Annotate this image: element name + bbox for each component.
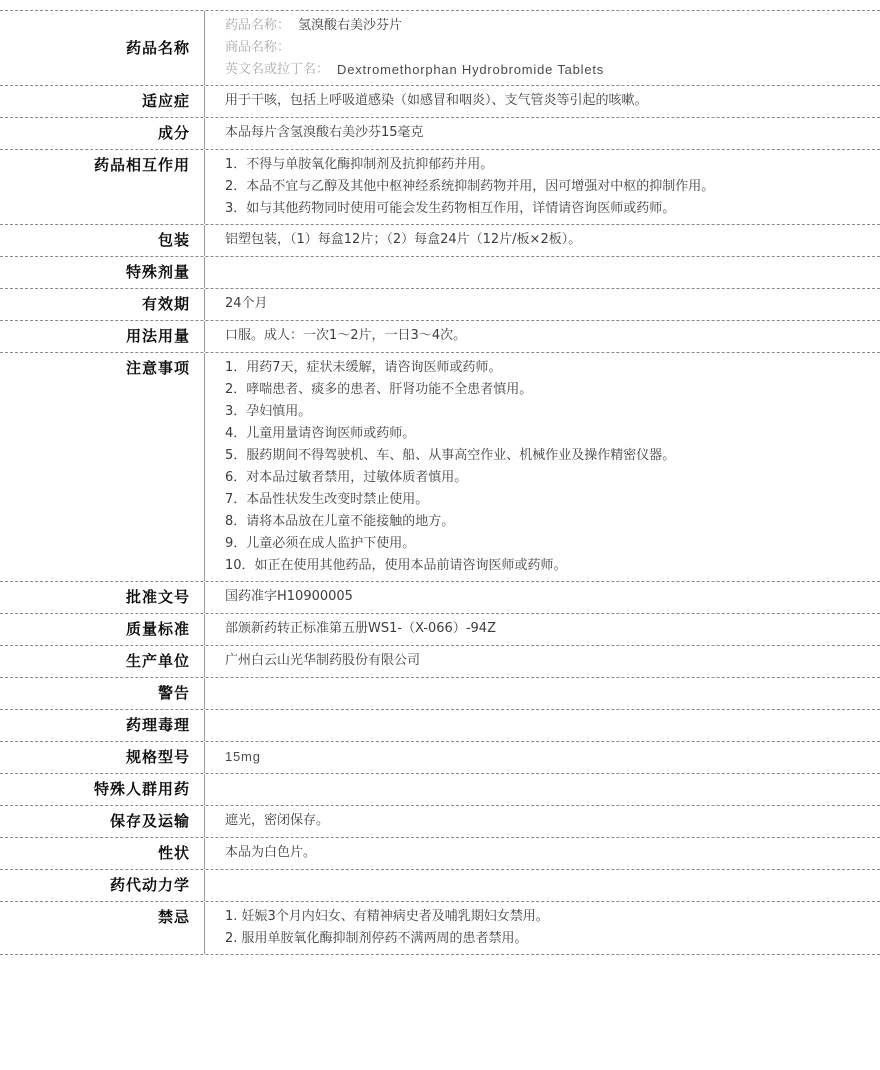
row-label: 注意事项 [0, 353, 205, 581]
row-value: 1. 妊娠3个月内妇女、有精神病史者及哺乳期妇女禁用。2. 服用单胺氧化酶抑制剂… [205, 902, 880, 954]
row-value [205, 870, 880, 901]
row-value: 部颁新药转正标准第五册WS1-（X-066）-94Z [205, 614, 880, 645]
field-line: 商品名称： [225, 37, 868, 59]
row-value: 口服。成人：一次1～2片，一日3～4次。 [205, 321, 880, 352]
content-line: 铝塑包装，（1）每盒12片；（2）每盒24片（12片/板×2板）。 [225, 229, 868, 251]
field-name: 药品名称： [225, 15, 290, 37]
content-line: 2．本品不宜与乙醇及其他中枢神经系统抑制药物并用，因可增强对中枢的抑制作用。 [225, 176, 868, 198]
row-value: 1．不得与单胺氧化酶抑制剂及抗抑郁药并用。2．本品不宜与乙醇及其他中枢神经系统抑… [205, 150, 880, 224]
field-line: 药品名称：氢溴酸右美沙芬片 [225, 15, 868, 37]
row-label: 药代动力学 [0, 870, 205, 901]
table-row: 适应症用于干咳，包括上呼吸道感染（如感冒和咽炎）、支气管炎等引起的咳嗽。 [0, 85, 880, 117]
field-line: 英文名或拉丁名：Dextromethorphan Hydrobromide Ta… [225, 59, 868, 81]
field-value: 氢溴酸右美沙芬片 [298, 15, 402, 37]
table-row: 质量标准部颁新药转正标准第五册WS1-（X-066）-94Z [0, 613, 880, 645]
row-label: 性状 [0, 838, 205, 869]
table-row: 有效期24个月 [0, 288, 880, 320]
content-line: 15mg [225, 746, 868, 768]
content-line: 3．孕妇慎用。 [225, 401, 868, 423]
field-name: 英文名或拉丁名： [225, 59, 329, 81]
content-line: 部颁新药转正标准第五册WS1-（X-066）-94Z [225, 618, 868, 640]
row-value: 药品名称：氢溴酸右美沙芬片商品名称：英文名或拉丁名：Dextromethorph… [205, 11, 880, 85]
row-label: 质量标准 [0, 614, 205, 645]
content-line: 本品每片含氢溴酸右美沙芬15毫克 [225, 122, 868, 144]
content-line: 4．儿童用量请咨询医师或药师。 [225, 423, 868, 445]
table-row: 批准文号国药准字H10900005 [0, 581, 880, 613]
table-row: 生产单位广州白云山光华制药股份有限公司 [0, 645, 880, 677]
table-row: 药理毒理 [0, 709, 880, 741]
content-line: 6．对本品过敏者禁用，过敏体质者慎用。 [225, 467, 868, 489]
content-line: 24个月 [225, 293, 868, 315]
content-line: 口服。成人：一次1～2片，一日3～4次。 [225, 325, 868, 347]
content-line: 用于干咳，包括上呼吸道感染（如感冒和咽炎）、支气管炎等引起的咳嗽。 [225, 90, 868, 112]
content-line: 9．儿童必须在成人监护下使用。 [225, 533, 868, 555]
table-row: 用法用量口服。成人：一次1～2片，一日3～4次。 [0, 320, 880, 352]
content-line: 本品为白色片。 [225, 842, 868, 864]
row-label: 用法用量 [0, 321, 205, 352]
row-label: 有效期 [0, 289, 205, 320]
row-label: 批准文号 [0, 582, 205, 613]
row-label: 药品名称 [0, 11, 205, 85]
table-row: 特殊人群用药 [0, 773, 880, 805]
row-label: 保存及运输 [0, 806, 205, 837]
row-value [205, 710, 880, 741]
field-name: 商品名称： [225, 37, 290, 59]
content-line: 1．不得与单胺氧化酶抑制剂及抗抑郁药并用。 [225, 154, 868, 176]
content-line: 1．用药7天，症状未缓解，请咨询医师或药师。 [225, 357, 868, 379]
row-label: 生产单位 [0, 646, 205, 677]
content-line: 5．服药期间不得驾驶机、车、船、从事高空作业、机械作业及操作精密仪器。 [225, 445, 868, 467]
row-value: 广州白云山光华制药股份有限公司 [205, 646, 880, 677]
row-value: 15mg [205, 742, 880, 773]
table-row: 包装铝塑包装，（1）每盒12片；（2）每盒24片（12片/板×2板）。 [0, 224, 880, 256]
content-line: 国药准字H10900005 [225, 586, 868, 608]
row-value: 1．用药7天，症状未缓解，请咨询医师或药师。2．哮喘患者、痰多的患者、肝肾功能不… [205, 353, 880, 581]
row-value [205, 678, 880, 709]
table-row: 成分本品每片含氢溴酸右美沙芬15毫克 [0, 117, 880, 149]
content-line: 遮光，密闭保存。 [225, 810, 868, 832]
table-row: 保存及运输遮光，密闭保存。 [0, 805, 880, 837]
row-label: 适应症 [0, 86, 205, 117]
field-value: Dextromethorphan Hydrobromide Tablets [337, 59, 604, 81]
drug-info-table: 药品名称药品名称：氢溴酸右美沙芬片商品名称：英文名或拉丁名：Dextrometh… [0, 10, 880, 955]
table-row: 特殊剂量 [0, 256, 880, 288]
row-label: 成分 [0, 118, 205, 149]
content-line: 10．如正在使用其他药品，使用本品前请咨询医师或药师。 [225, 555, 868, 577]
row-label: 规格型号 [0, 742, 205, 773]
row-value: 遮光，密闭保存。 [205, 806, 880, 837]
content-line: 1. 妊娠3个月内妇女、有精神病史者及哺乳期妇女禁用。 [225, 906, 868, 928]
row-label: 特殊人群用药 [0, 774, 205, 805]
table-row: 警告 [0, 677, 880, 709]
content-line: 8．请将本品放在儿童不能接触的地方。 [225, 511, 868, 533]
table-row: 规格型号15mg [0, 741, 880, 773]
row-label: 包装 [0, 225, 205, 256]
row-label: 药品相互作用 [0, 150, 205, 224]
row-value: 本品为白色片。 [205, 838, 880, 869]
row-label: 特殊剂量 [0, 257, 205, 288]
content-line: 2．哮喘患者、痰多的患者、肝肾功能不全患者慎用。 [225, 379, 868, 401]
row-label: 药理毒理 [0, 710, 205, 741]
row-value: 24个月 [205, 289, 880, 320]
content-line: 3．如与其他药物同时使用可能会发生药物相互作用，详情请咨询医师或药师。 [225, 198, 868, 220]
row-label: 警告 [0, 678, 205, 709]
row-value: 铝塑包装，（1）每盒12片；（2）每盒24片（12片/板×2板）。 [205, 225, 880, 256]
row-label: 禁忌 [0, 902, 205, 954]
table-row: 药代动力学 [0, 869, 880, 901]
table-row: 注意事项1．用药7天，症状未缓解，请咨询医师或药师。2．哮喘患者、痰多的患者、肝… [0, 352, 880, 581]
content-line: 广州白云山光华制药股份有限公司 [225, 650, 868, 672]
row-value [205, 257, 880, 288]
table-row: 禁忌1. 妊娠3个月内妇女、有精神病史者及哺乳期妇女禁用。2. 服用单胺氧化酶抑… [0, 901, 880, 954]
row-value: 本品每片含氢溴酸右美沙芬15毫克 [205, 118, 880, 149]
table-row: 药品相互作用1．不得与单胺氧化酶抑制剂及抗抑郁药并用。2．本品不宜与乙醇及其他中… [0, 149, 880, 224]
content-line: 2. 服用单胺氧化酶抑制剂停药不满两周的患者禁用。 [225, 928, 868, 950]
content-line: 7．本品性状发生改变时禁止使用。 [225, 489, 868, 511]
row-value [205, 774, 880, 805]
row-value: 用于干咳，包括上呼吸道感染（如感冒和咽炎）、支气管炎等引起的咳嗽。 [205, 86, 880, 117]
row-value: 国药准字H10900005 [205, 582, 880, 613]
table-row: 药品名称药品名称：氢溴酸右美沙芬片商品名称：英文名或拉丁名：Dextrometh… [0, 10, 880, 85]
table-row: 性状本品为白色片。 [0, 837, 880, 869]
